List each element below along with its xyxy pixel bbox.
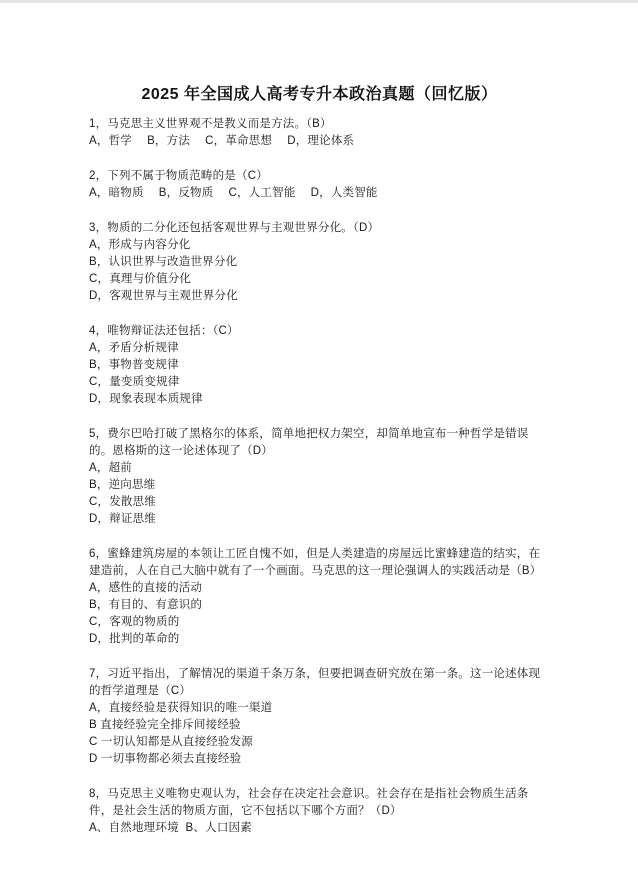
option-line: D，现象表现本质规律 [89,391,550,408]
option-line: A，直接经验是获得知识的唯一渠道 [89,700,550,717]
option-line: C，发散思维 [89,494,550,511]
question-block-2: 2，下列不属于物质范畴的是（C） A，暗物质 B，反物质 C，人工智能 D，人类… [89,168,550,202]
option-line: A，超前 [89,460,550,477]
question-stem: 5，费尔巴哈打破了黑格尔的体系，简单地把权力架空，却简单地宣布一种哲学是错误的。… [89,426,550,460]
option-line: A，矛盾分析规律 [89,340,550,357]
question-block-3: 3，物质的二分化还包括客观世界与主观世界分化。（D） A，形成与内容分化 B，认… [89,220,550,305]
question-stem: 6，蜜蜂建筑房屋的本领让工匠自愧不如，但是人类建造的房屋远比蜜蜂建造的结实，在建… [89,546,550,580]
option-line: A，哲学 B，方法 C，革命思想 D，理论体系 [89,133,550,150]
option-line: A，形成与内容分化 [89,237,550,254]
option-line: D，批判的革命的 [89,631,550,648]
option-line: C，客观的物质的 [89,614,550,631]
question-block-8: 8，马克思主义唯物史观认为，社会存在决定社会意识。社会存在是指社会物质生活条件，… [89,786,550,837]
option-line: A，暗物质 B，反物质 C，人工智能 D，人类智能 [89,185,550,202]
question-stem: 4，唯物辩证法还包括：（C） [89,323,550,340]
option-line: D，客观世界与主观世界分化 [89,288,550,305]
question-stem: 7，习近平指出，了解情况的渠道千条万条，但要把调查研究放在第一条。这一论述体现的… [89,666,550,700]
question-stem: 1，马克思主义世界观不是教义而是方法。（B） [89,116,550,133]
question-stem: 3，物质的二分化还包括客观世界与主观世界分化。（D） [89,220,550,237]
option-line: C 一切认知都是从直接经验发源 [89,734,550,751]
option-line: C，量变质变规律 [89,374,550,391]
question-stem: 8，马克思主义唯物史观认为，社会存在决定社会意识。社会存在是指社会物质生活条件，… [89,786,550,820]
document-page: 2025 年全国成人高考专升本政治真题（回忆版） 1，马克思主义世界观不是教义而… [0,84,638,837]
option-line: B 直接经验完全排斥间接经验 [89,717,550,734]
question-block-6: 6，蜜蜂建筑房屋的本领让工匠自愧不如，但是人类建造的房屋远比蜜蜂建造的结实，在建… [89,546,550,648]
option-line: A，感性的直接的活动 [89,580,550,597]
question-block-7: 7，习近平指出，了解情况的渠道千条万条，但要把调查研究放在第一条。这一论述体现的… [89,666,550,768]
option-line: B，逆向思维 [89,477,550,494]
window-top-strip [0,0,638,3]
question-stem: 2，下列不属于物质范畴的是（C） [89,168,550,185]
question-block-4: 4，唯物辩证法还包括：（C） A，矛盾分析规律 B，事物普变规律 C，量变质变规… [89,323,550,408]
option-line: B，事物普变规律 [89,357,550,374]
question-block-5: 5，费尔巴哈打破了黑格尔的体系，简单地把权力架空，却简单地宣布一种哲学是错误的。… [89,426,550,528]
option-line: B，认识世界与改造世界分化 [89,254,550,271]
option-line: C，真理与价值分化 [89,271,550,288]
option-line: D，辩证思维 [89,511,550,528]
option-line: D 一切事物都必须去直接经验 [89,751,550,768]
question-block-1: 1，马克思主义世界观不是教义而是方法。（B） A，哲学 B，方法 C，革命思想 … [89,116,550,150]
option-line: B，有目的、有意识的 [89,597,550,614]
option-line: A、自然地理环境 B、人口因素 [89,820,550,837]
page-title: 2025 年全国成人高考专升本政治真题（回忆版） [89,84,550,106]
